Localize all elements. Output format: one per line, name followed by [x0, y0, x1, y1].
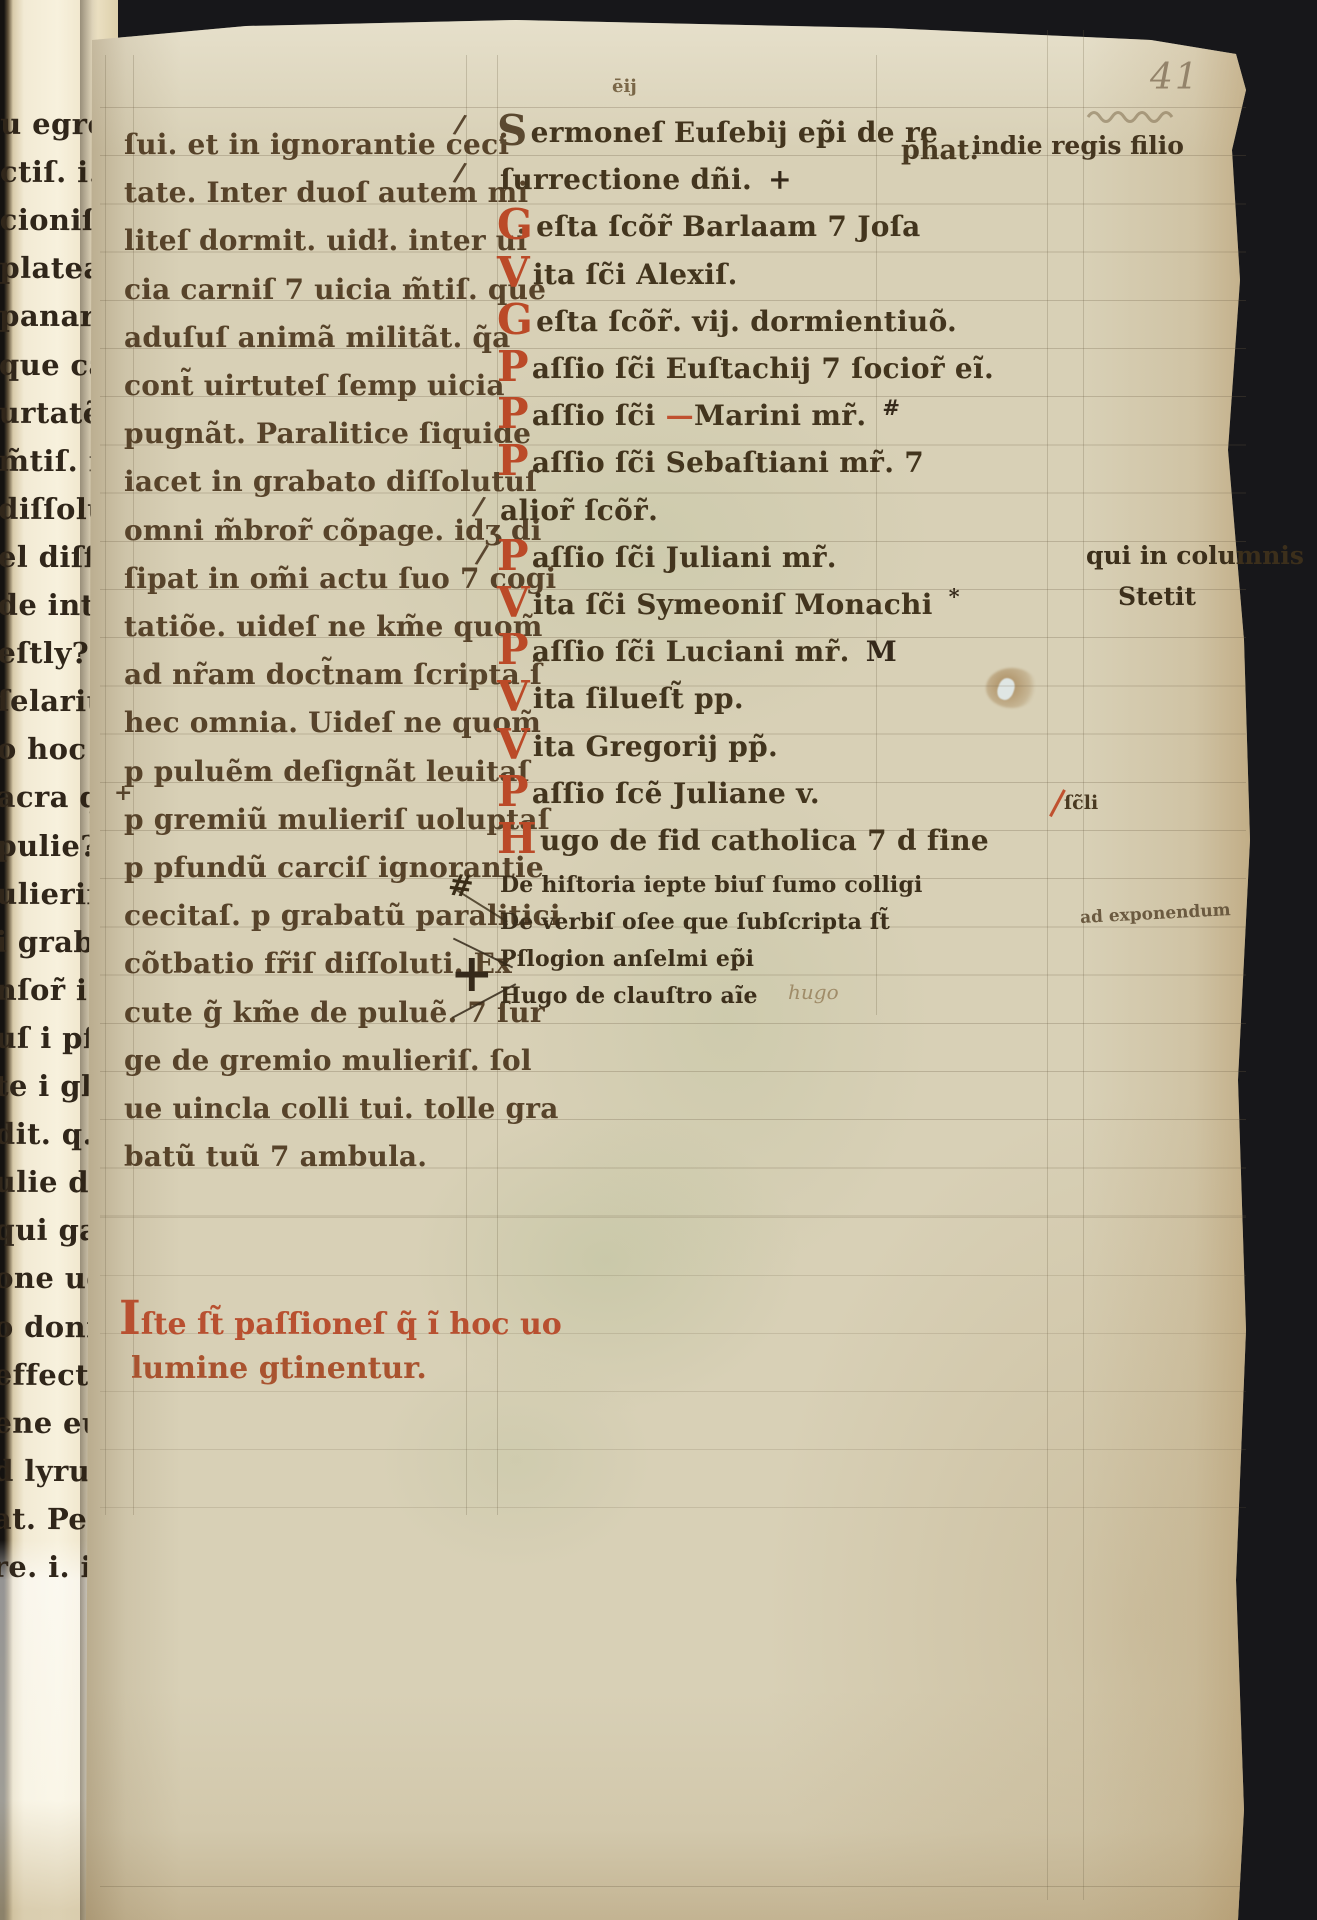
columnis-note-line1: qui in columnis	[1086, 543, 1304, 568]
entry-text: ita Gregorij pp̃.	[533, 730, 778, 763]
scribble-squiggle	[1086, 108, 1178, 124]
contents-entry: Geſta ſcõr̃ Barlaam 7 Joſa	[497, 213, 937, 241]
contents-entry: Paſſio ſc̃i Juliani mr̃.	[497, 544, 853, 572]
contents-entry: Vita Gregorij pp̃.	[497, 733, 794, 761]
contents-entry: ſurrectione dñi.+	[497, 166, 792, 194]
text-line: batũ tuũ 7 ambula.	[124, 1143, 427, 1171]
entry-text: De verbiſ oſee que ſubſcripta ſt̃	[500, 909, 890, 935]
entry-text: aſſio ſc̃i Sebaſtiani mr̃. 7	[532, 446, 924, 479]
text-line: hec omnia. Uideſ ne quom̃	[124, 709, 541, 737]
margin-mark: *	[949, 584, 960, 609]
entry-text: alior̃ ſcõr̃.	[500, 494, 658, 527]
rubric-line: lumine gtinentur.	[131, 1354, 427, 1384]
red-dash: —	[666, 399, 694, 432]
folio-number: 41	[1150, 60, 1200, 96]
contents-entry: Geſta ſcõr̃. vij. dormientiuõ.	[497, 308, 973, 336]
contents-entry: Hugo de fid catholica 7 d fine	[497, 827, 1005, 855]
entry-text: ita ſilueſt̃ pp.	[533, 682, 744, 715]
ruling-vertical	[1047, 30, 1048, 1900]
text-line: tatiõe. uideſ ne km̃e quom̃	[124, 613, 543, 641]
text-line: cont̃ uirtuteſ ſemp uicia	[124, 372, 505, 400]
entry-initial: V	[497, 720, 530, 769]
seculi-note: ſc̃li	[1064, 794, 1098, 813]
entry-text: Pſlogion anſelmi ep̃i	[500, 946, 754, 972]
entry-initial: H	[497, 814, 537, 863]
indie-regis-filio-note: indie regis filio	[972, 133, 1184, 158]
contents-entry: Vita ſc̃i Alexiſ.	[497, 261, 754, 289]
contents-entry: Hugo de clauſtro aĩe	[497, 985, 774, 1007]
text-line: p puluẽm deſignãt leuitaſ	[124, 758, 530, 786]
entry-text: ermoneſ Euſebij ep̃i de re	[531, 116, 938, 149]
contents-entry: De hiſtoria iepte biuſ ſumo colligi	[497, 874, 939, 896]
entry-initial: V	[497, 248, 530, 297]
text-line: cia carniſ 7 uicia m̃tiſ. que	[124, 276, 546, 304]
text-line: aduſuſ animã militãt. q̃a	[124, 324, 511, 352]
entry-initial: P	[497, 531, 529, 580]
entry-text: De hiſtoria iepte biuſ ſumo colligi	[500, 872, 923, 898]
entry-text: aſſio ſc̃i Juliani mr̃.	[532, 541, 837, 574]
contents-entry: Sermoneſ Euſebij ep̃i de re	[497, 119, 954, 147]
text-line: p pfundũ carciſ ignorantie	[124, 854, 544, 882]
entry-text: ita ſc̃i Alexiſ.	[533, 258, 738, 291]
entry-text: ugo de fid catholica 7 d fine	[540, 824, 989, 857]
entry-text: ſurrectione dñi.	[500, 163, 752, 196]
entry-text: aſſio ſc̃i Luciani mr̃.	[532, 635, 850, 668]
contents-entry: Vita ſilueſt̃ pp.	[497, 685, 760, 713]
margin-mark: #	[882, 395, 900, 420]
entry-text: aſſio ſc̃i Euſtachij 7 ſocior̃ eĩ.	[532, 352, 994, 385]
contents-entry: Vita ſc̃i Symeoniſ Monachi*	[497, 591, 960, 619]
contents-entry: Paſſio ſc̃i Sebaſtiani mr̃. 7	[497, 449, 940, 477]
entry-text: Hugo de clauſtro aĩe	[500, 983, 758, 1009]
hugo-faint-note: hugo	[788, 982, 839, 1002]
entry-initial: V	[497, 578, 530, 627]
entry-text: aſſio ſcẽ Juliane v.	[532, 777, 820, 810]
entry-initial: P	[497, 625, 529, 674]
entry-initial: S	[497, 106, 528, 155]
margin-cross-mark: +	[114, 782, 132, 804]
ruling-line-bottom	[100, 1886, 1240, 1887]
text-line: iacet in grabato diſſolutuſ	[124, 468, 537, 496]
entry-initial: G	[497, 295, 533, 344]
contents-entry: De verbiſ oſee que ſubſcripta ſt̃	[497, 911, 906, 933]
entry-text: aſſio ſc̃i	[532, 399, 666, 432]
entry-initial: P	[497, 767, 529, 816]
entry-initial: V	[497, 672, 530, 721]
rubric-line: Iſte ſt̃ paſſioneſ q̃ ĩ hoc uo	[119, 1295, 562, 1342]
text-line: ſipat in om̃i actu ſuo 7 cogi	[124, 565, 556, 593]
contents-entry: Paſſio ſc̃i —Marini mr̃.#	[497, 402, 900, 430]
text-line: cecitaſ. p grabatũ paralitici	[124, 902, 561, 930]
ruling-vertical	[1083, 30, 1084, 1900]
text-line: liteſ dormit. uidł. inter ui	[124, 227, 527, 255]
text-line: p gremiũ mulieriſ uoluptaſ	[124, 806, 550, 834]
text-line: pugnãt. Paralitice ſiquide	[124, 420, 531, 448]
contents-entry: Paſſio ſcẽ Juliane v.	[497, 780, 836, 808]
entry-initial: P	[497, 389, 529, 438]
entry-initial: P	[497, 342, 529, 391]
margin-mark: +	[768, 163, 792, 196]
ruling-vertical	[876, 55, 877, 1015]
entry-initial: G	[497, 200, 533, 249]
contents-entry: Paſſio ſc̃i Luciani mr̃.M	[497, 638, 897, 666]
contents-entry: Pſlogion anſelmi ep̃i	[497, 948, 770, 970]
columnis-note-line2: Stetit	[1118, 584, 1196, 609]
text-line: ge de gremio mulieriſ. ſol	[124, 1047, 532, 1075]
manuscript-photo: u egredit ſu ctiſ. i. ño re cioniſ? que …	[0, 0, 1317, 1920]
text-line: tate. Inter duoſ autem mi	[124, 179, 528, 207]
contents-entry: alior̃ ſcõr̃.	[497, 497, 674, 525]
text-line: ad nr̃am doct̃nam ſcripta ſ̃	[124, 661, 542, 689]
josaphat-continuation-note: phat.	[901, 137, 979, 164]
entry-text: eſta ſcõr̃. vij. dormientiuõ.	[536, 305, 957, 338]
erased-scribble	[1086, 108, 1178, 127]
ruling-vertical	[105, 55, 106, 1515]
entry-text: eſta ſcõr̃ Barlaam 7 Joſa	[536, 210, 920, 243]
margin-mark: M	[866, 635, 897, 668]
entry-initial: P	[497, 436, 529, 485]
eusebij-correction: ēij	[612, 78, 637, 96]
text-line: ue uincla colli tui. tolle gra	[124, 1095, 559, 1123]
entry-text-2: Marini mr̃.	[694, 399, 866, 432]
contents-entry: Paſſio ſc̃i Euſtachij 7 ſocior̃ eĩ.	[497, 355, 1010, 383]
entry-text: ita ſc̃i Symeoniſ Monachi	[533, 588, 933, 621]
